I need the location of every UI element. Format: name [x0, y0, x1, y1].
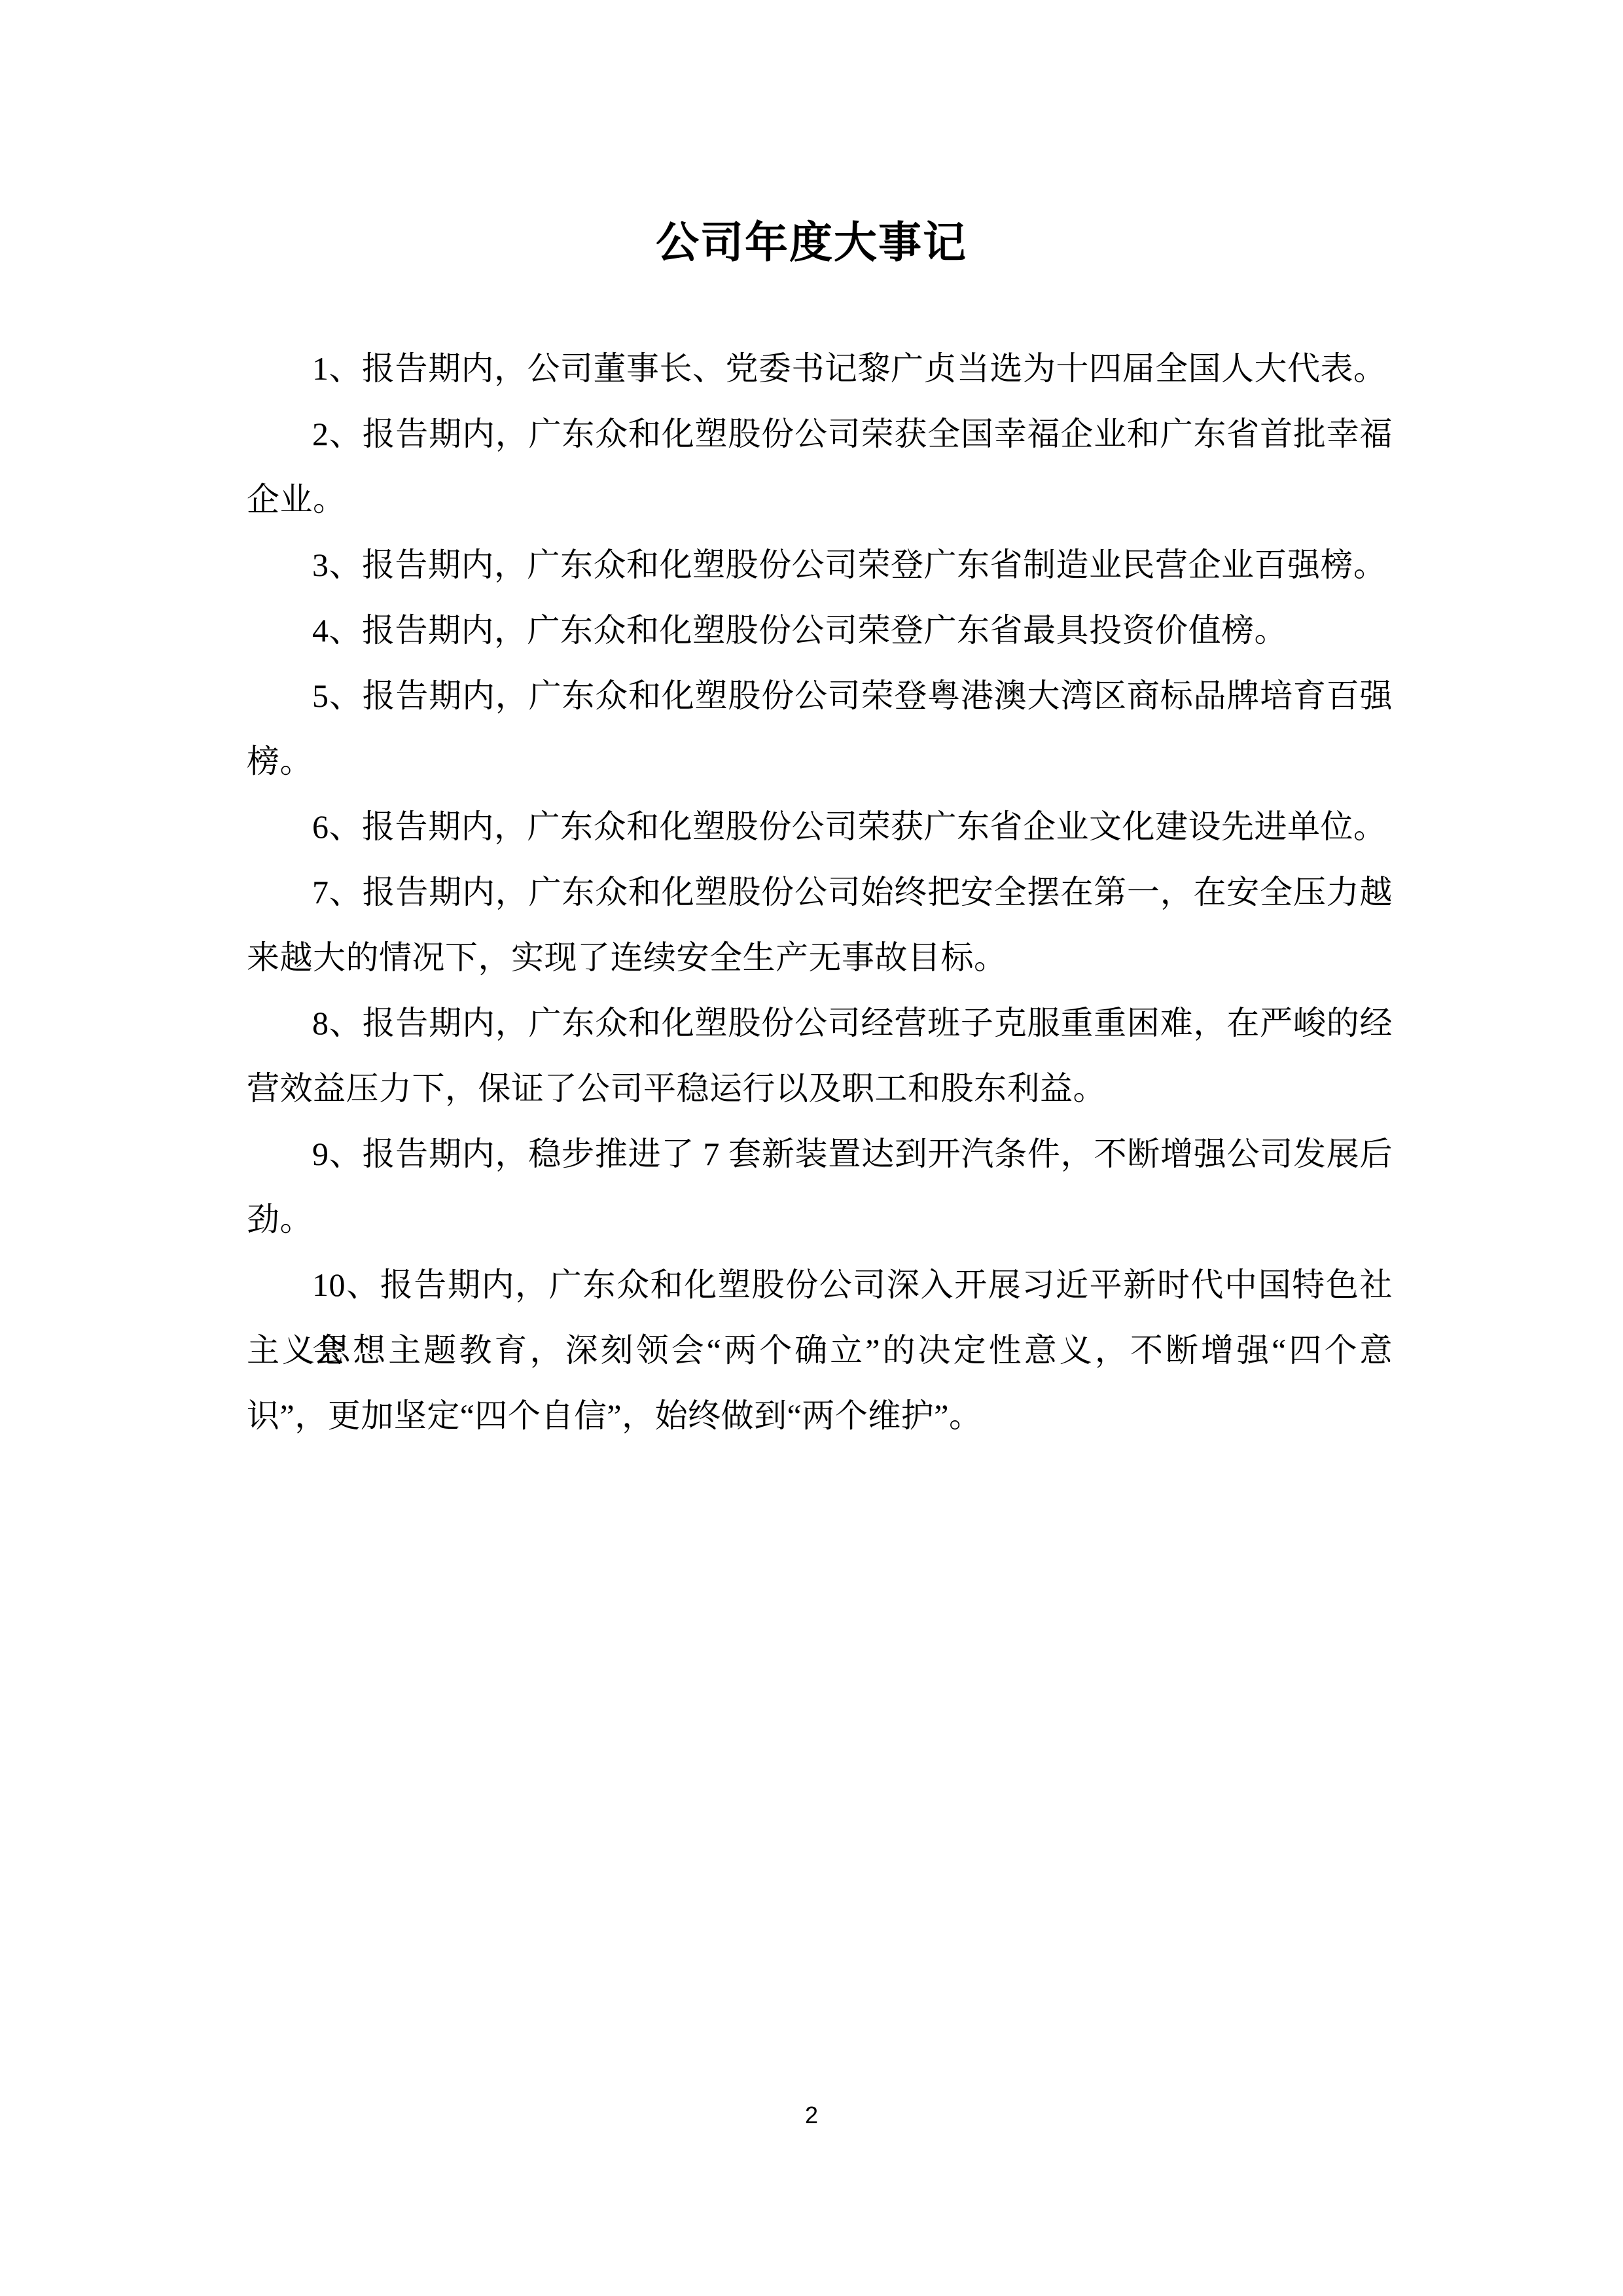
- paragraph: 9、报告期内，稳步推进了 7 套新装置达到开汽条件，不断增强公司发展后劲。: [247, 1121, 1393, 1252]
- paragraph-line: 10、报告期内，广东众和化塑股份公司深入开展习近平新时代中国特色社会: [247, 1252, 1393, 1318]
- paragraph: 5、报告期内，广东众和化塑股份公司荣登粤港澳大湾区商标品牌培育百强榜。: [247, 663, 1393, 794]
- paragraph-line: 9、报告期内，稳步推进了 7 套新装置达到开汽条件，不断增强公司发展后: [247, 1121, 1393, 1187]
- page-number: 2: [0, 2098, 1623, 2133]
- paragraph: 10、报告期内，广东众和化塑股份公司深入开展习近平新时代中国特色社会主义思想主题…: [247, 1252, 1393, 1448]
- paragraph-line: 企业。: [247, 467, 1393, 532]
- paragraph-line: 8、报告期内，广东众和化塑股份公司经营班子克服重重困难，在严峻的经: [247, 990, 1393, 1056]
- paragraph-line: 榜。: [247, 728, 1393, 794]
- paragraph-line: 7、报告期内，广东众和化塑股份公司始终把安全摆在第一，在安全压力越: [247, 859, 1393, 925]
- paragraph: 1、报告期内，公司董事长、党委书记黎广贞当选为十四届全国人大代表。: [247, 336, 1393, 401]
- paragraph-line: 主义思想主题教育，深刻领会“两个确立”的决定性意义，不断增强“四个意: [247, 1318, 1393, 1383]
- paragraph-line: 营效益压力下，保证了公司平稳运行以及职工和股东利益。: [247, 1056, 1393, 1121]
- paragraph: 4、报告期内，广东众和化塑股份公司荣登广东省最具投资价值榜。: [247, 598, 1393, 663]
- paragraph-line: 2、报告期内，广东众和化塑股份公司荣获全国幸福企业和广东省首批幸福: [247, 401, 1393, 467]
- document-body: 1、报告期内，公司董事长、党委书记黎广贞当选为十四届全国人大代表。2、报告期内，…: [247, 336, 1393, 1448]
- paragraph: 8、报告期内，广东众和化塑股份公司经营班子克服重重困难，在严峻的经营效益压力下，…: [247, 990, 1393, 1121]
- paragraph: 2、报告期内，广东众和化塑股份公司荣获全国幸福企业和广东省首批幸福企业。: [247, 401, 1393, 532]
- paragraph: 6、报告期内，广东众和化塑股份公司荣获广东省企业文化建设先进单位。: [247, 794, 1393, 859]
- paragraph-line: 1、报告期内，公司董事长、党委书记黎广贞当选为十四届全国人大代表。: [247, 336, 1393, 401]
- page-title: 公司年度大事记: [0, 209, 1623, 275]
- paragraph: 3、报告期内，广东众和化塑股份公司荣登广东省制造业民营企业百强榜。: [247, 532, 1393, 598]
- paragraph-line: 6、报告期内，广东众和化塑股份公司荣获广东省企业文化建设先进单位。: [247, 794, 1393, 859]
- paragraph: 7、报告期内，广东众和化塑股份公司始终把安全摆在第一，在安全压力越来越大的情况下…: [247, 859, 1393, 990]
- paragraph-line: 来越大的情况下，实现了连续安全生产无事故目标。: [247, 925, 1393, 990]
- document-page: 公司年度大事记 1、报告期内，公司董事长、党委书记黎广贞当选为十四届全国人大代表…: [0, 0, 1623, 2296]
- paragraph-line: 5、报告期内，广东众和化塑股份公司荣登粤港澳大湾区商标品牌培育百强: [247, 663, 1393, 728]
- paragraph-line: 识”，更加坚定“四个自信”，始终做到“两个维护”。: [247, 1383, 1393, 1448]
- paragraph-line: 3、报告期内，广东众和化塑股份公司荣登广东省制造业民营企业百强榜。: [247, 532, 1393, 598]
- paragraph-line: 4、报告期内，广东众和化塑股份公司荣登广东省最具投资价值榜。: [247, 598, 1393, 663]
- paragraph-line: 劲。: [247, 1187, 1393, 1252]
